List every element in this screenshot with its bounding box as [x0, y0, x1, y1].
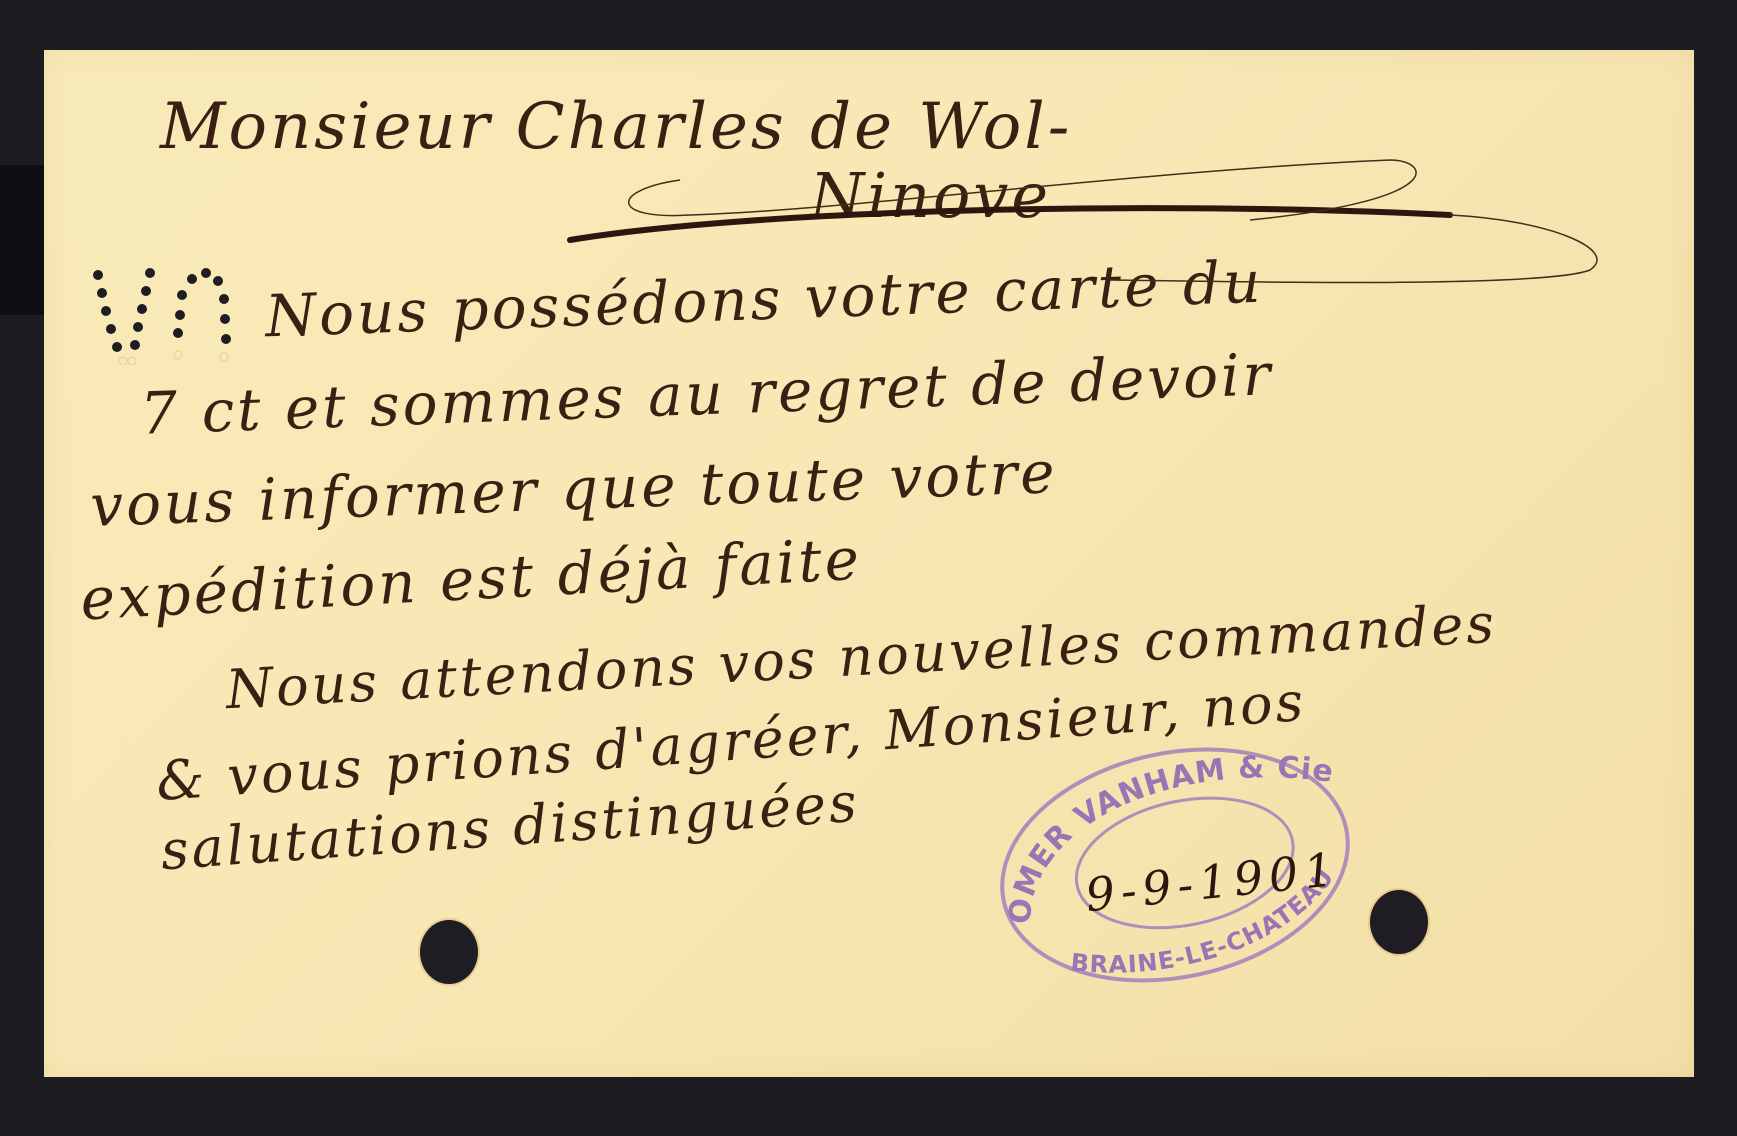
punch-hole-right: [1370, 890, 1428, 954]
address-line-city: Ninove: [810, 165, 1051, 227]
punch-hole-left: [420, 920, 478, 984]
perfin-vn-icon: [90, 265, 250, 365]
address-line-recipient: Monsieur Charles de Wol-: [160, 95, 1072, 159]
